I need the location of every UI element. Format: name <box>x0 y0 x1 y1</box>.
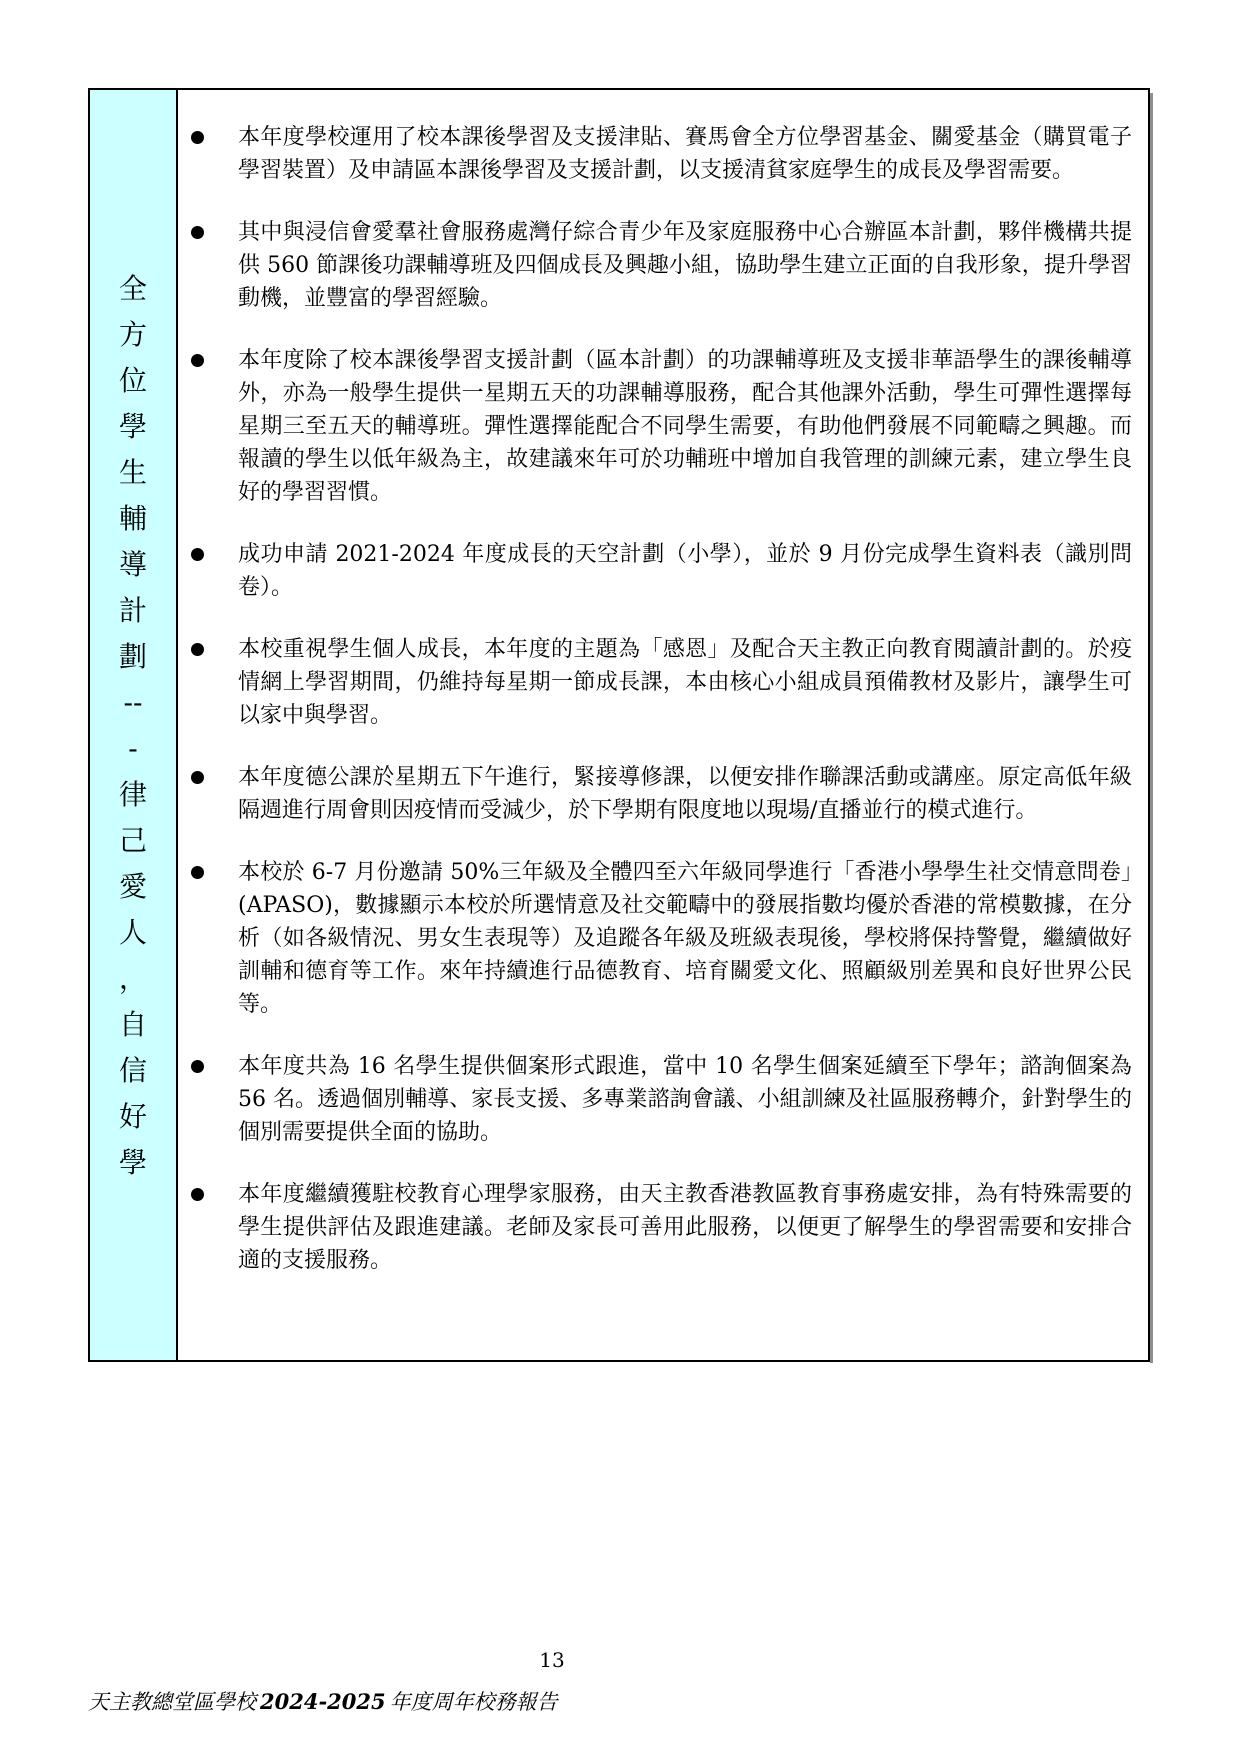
vertical-title-char: 愛 <box>119 872 147 901</box>
vertical-title-char: 全 <box>119 274 147 303</box>
bullet-item: 本校於 6-7 月份邀請 50%三年級及全體四至六年級同學進行「香港小學學生社交… <box>188 856 1134 1021</box>
bullet-text: 其中與浸信會愛羣社會服務處灣仔綜合青少年及家庭服務中心合辦區本計劃，夥伴機構共提… <box>238 216 1132 315</box>
bullet-text: 本年度除了校本課後學習支援計劃（區本計劃）的功課輔導班及支援非華語學生的課後輔導… <box>238 344 1132 509</box>
vertical-title-char: -- <box>124 688 143 717</box>
footer-school-name: 天主教總堂區學校 <box>88 1690 256 1714</box>
vertical-title-char: 劃 <box>119 642 147 671</box>
vertical-title-char: 學 <box>119 412 147 441</box>
bullet-text: 本年度德公課於星期五下午進行，緊接導修課，以便安排作聯課活動或講座。原定高低年級… <box>238 761 1132 827</box>
vertical-title-char: 己 <box>119 826 147 855</box>
report-table: 全方位學生輔導計劃---律己愛人，自信好學 本年度學校運用了校本課後學習及支援津… <box>88 88 1150 1362</box>
bullet-icon <box>191 771 204 784</box>
content-cell: 本年度學校運用了校本課後學習及支援津貼、賽馬會全方位學習基金、關愛基金（購買電子… <box>178 90 1148 1360</box>
vertical-title-char: 信 <box>119 1056 147 1085</box>
vertical-title-char: 人 <box>119 918 147 947</box>
bullet-icon <box>191 548 204 561</box>
bullet-text: 本年度繼續獲駐校教育心理學家服務，由天主教香港教區教育事務處安排，為有特殊需要的… <box>238 1178 1132 1277</box>
vertical-title-char: 律 <box>119 780 147 809</box>
vertical-title-char: 生 <box>119 458 147 487</box>
bullet-item: 其中與浸信會愛羣社會服務處灣仔綜合青少年及家庭服務中心合辦區本計劃，夥伴機構共提… <box>188 216 1134 315</box>
bullet-icon <box>191 643 204 656</box>
vertical-title-char: 計 <box>119 596 147 625</box>
bullet-text: 本年度學校運用了校本課後學習及支援津貼、賽馬會全方位學習基金、關愛基金（購買電子… <box>238 121 1132 187</box>
row-header-cell: 全方位學生輔導計劃---律己愛人，自信好學 <box>90 90 178 1360</box>
vertical-title-char: 位 <box>119 366 147 395</box>
vertical-title-char: - <box>128 734 137 763</box>
vertical-title-char: 好 <box>119 1102 147 1131</box>
bullet-item: 本年度德公課於星期五下午進行，緊接導修課，以便安排作聯課活動或講座。原定高低年級… <box>188 761 1134 827</box>
footer-report-title: 年度周年校務報告 <box>390 1690 558 1714</box>
bullet-icon <box>191 866 204 879</box>
vertical-title-char: 方 <box>119 320 147 349</box>
page-number: 13 <box>88 1648 1016 1672</box>
bullet-icon <box>191 1188 204 1201</box>
bullet-item: 本校重視學生個人成長，本年度的主題為「感恩」及配合天主教正向教育閱讀計劃的。於疫… <box>188 633 1134 732</box>
vertical-title-char: 學 <box>119 1148 147 1177</box>
bullet-item: 本年度繼續獲駐校教育心理學家服務，由天主教香港教區教育事務處安排，為有特殊需要的… <box>188 1178 1134 1277</box>
bullet-list: 本年度學校運用了校本課後學習及支援津貼、賽馬會全方位學習基金、關愛基金（購買電子… <box>188 121 1134 1277</box>
bullet-icon <box>191 1060 204 1073</box>
bullet-item: 本年度學校運用了校本課後學習及支援津貼、賽馬會全方位學習基金、關愛基金（購買電子… <box>188 121 1134 187</box>
footer-year: 2024-2025 <box>256 1689 390 1714</box>
bullet-item: 本年度除了校本課後學習支援計劃（區本計劃）的功課輔導班及支援非華語學生的課後輔導… <box>188 344 1134 509</box>
bullet-item: 成功申請 2021-2024 年度成長的天空計劃（小學），並於 9 月份完成學生… <box>188 538 1134 604</box>
bullet-text: 本校於 6-7 月份邀請 50%三年級及全體四至六年級同學進行「香港小學學生社交… <box>238 856 1132 1021</box>
bullet-text: 本校重視學生個人成長，本年度的主題為「感恩」及配合天主教正向教育閱讀計劃的。於疫… <box>238 633 1132 732</box>
bullet-icon <box>191 354 204 367</box>
vertical-title-char: 自 <box>119 1010 147 1039</box>
bullet-text: 本年度共為 16 名學生提供個案形式跟進，當中 10 名學生個案延續至下學年；諮… <box>238 1050 1132 1149</box>
bullet-item: 本年度共為 16 名學生提供個案形式跟進，當中 10 名學生個案延續至下學年；諮… <box>188 1050 1134 1149</box>
vertical-title-char: 輔 <box>119 504 147 533</box>
bullet-icon <box>191 226 204 239</box>
vertical-title-char: 導 <box>119 550 147 579</box>
vertical-title-char: ， <box>119 964 147 993</box>
vertical-title: 全方位學生輔導計劃---律己愛人，自信好學 <box>119 274 147 1177</box>
bullet-icon <box>191 131 204 144</box>
page-footer: 天主教總堂區學校2024-2025年度周年校務報告 <box>88 1686 558 1716</box>
bullet-text: 成功申請 2021-2024 年度成長的天空計劃（小學），並於 9 月份完成學生… <box>238 538 1132 604</box>
